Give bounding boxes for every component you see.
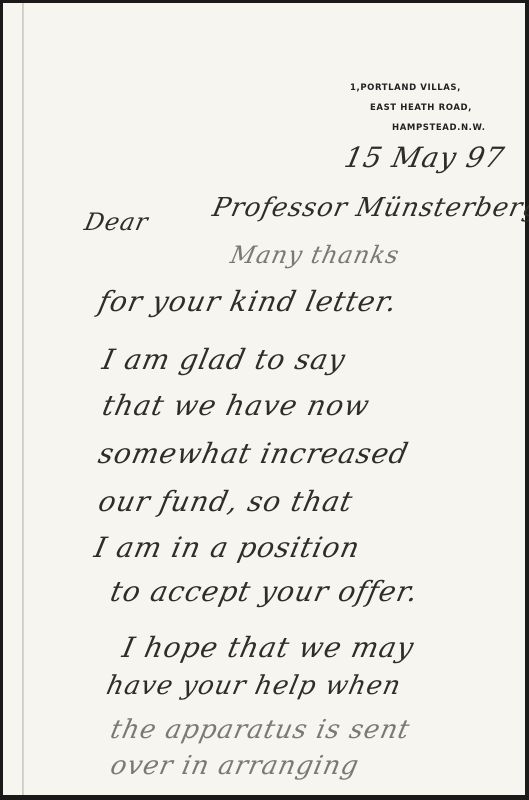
letter-line: I hope that we may [119,631,417,664]
letter-line: over in arranging [108,751,362,781]
letter-line: Many thanks [228,241,402,269]
letter-page: 1,PORTLAND VILLAS, EAST HEATH ROAD, HAMP… [3,3,525,795]
letterhead-line-2: EAST HEATH ROAD, [370,103,472,113]
letterhead-line-1: 1,PORTLAND VILLAS, [350,83,461,93]
letter-date: 15 May 97 [341,141,507,174]
letter-line: somewhat increased [95,437,411,470]
letter-line: that we have now [99,389,372,422]
letter-line: for your kind letter. [95,285,400,318]
letter-line: to accept your offer. [107,575,421,608]
letter-line: I am in a position [91,531,363,564]
fold-line [22,3,24,795]
letterhead-line-3: HAMPSTEAD.N.W. [392,123,486,133]
letter-line: have your help when [104,671,404,701]
letter-line: our fund, so that [95,485,356,518]
salutation-name: Professor Münsterberg, [210,193,529,223]
salutation-dear: Dear [82,208,151,236]
letter-line: the apparatus is sent [108,715,413,745]
letter-line: I am glad to say [99,343,348,376]
